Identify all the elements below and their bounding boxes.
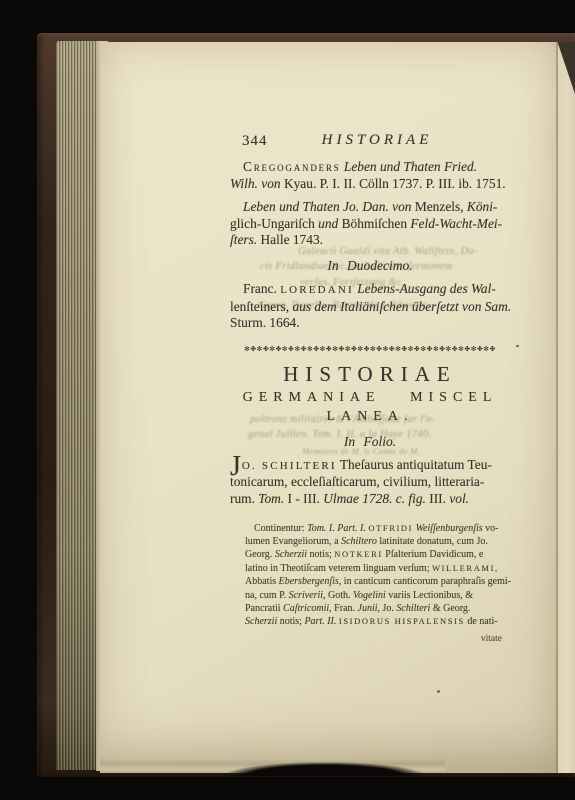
- ornament-divider: ✼✤✼✤✼✤✼✤✼✤✼✤✼✤✼✤✼✤✼✤✼✤✼✤✼✤✼✤✼✤✼✤✼✤✼✤✼✤✼✤: [230, 345, 510, 353]
- text-block: 344 HISTORIAE Cregoganders Leben und Tha…: [230, 132, 510, 644]
- text-line: glich-Ungariſch und Böhmiſchen Feld-Wach…: [230, 216, 510, 233]
- text-segment: de nati-: [465, 616, 498, 627]
- text-segment: Isidorus Hispalensis: [339, 616, 465, 626]
- section-title-line1: HISTORIAE: [230, 362, 510, 387]
- text-segment: III.: [429, 491, 449, 506]
- text-line: Jo. Schilteri Theſaurus antiquitatum Teu…: [230, 457, 510, 475]
- text-segment: Ulmae 1728. c. fig.: [323, 491, 429, 506]
- text-segment: Cregoganders: [243, 159, 341, 174]
- format-heading-duodecimo: In Duodecimo.: [230, 258, 510, 274]
- text-segment: Leben und Thaten Fried.: [341, 159, 478, 174]
- text-segment: Böhmiſchen: [342, 216, 411, 231]
- text-segment: Notkeri: [334, 549, 383, 559]
- text-segment: rum.: [230, 491, 258, 506]
- running-head: HISTORIAE: [230, 132, 510, 149]
- text-line: Sturm. 1664.: [230, 315, 510, 332]
- text-segment: Tom. I. Part. I.: [307, 523, 368, 534]
- photo-background: Galeacii Gualdi vita Alb. Wallſtein, Du-…: [0, 0, 575, 800]
- text-line: Wilh. von Kyau. P. I. II. Cölln 1737. P.…: [230, 176, 510, 193]
- page-number: 344: [242, 133, 268, 150]
- text-segment: Otfridi: [368, 523, 413, 533]
- text-segment: lumen Evangeliorum, a: [245, 536, 341, 547]
- text-segment: Weiſſenburgenſis: [413, 523, 485, 534]
- text-segment: Junii: [358, 603, 378, 614]
- paper-speck: [516, 345, 519, 347]
- text-segment: Schilteri: [396, 603, 430, 614]
- text-segment: Pſalterium Davidicum, e: [383, 549, 484, 560]
- text-segment: Menzels,: [415, 199, 467, 214]
- text-line: na, cum P. Scriverii, Goth. Vogelini var…: [245, 589, 510, 602]
- adjacent-page-sliver: [558, 42, 575, 773]
- text-segment: Vogelini: [353, 590, 386, 601]
- text-segment: Wilh. von: [230, 176, 284, 191]
- text-segment: Pancratii: [245, 603, 283, 614]
- text-segment: , Jo.: [378, 603, 397, 614]
- text-segment: Lebens-Ausgang des Wal-: [354, 281, 496, 296]
- text-line: tonicarum, eccleſiaſticarum, civilium, l…: [230, 474, 510, 491]
- page-header: 344 HISTORIAE: [230, 132, 510, 152]
- text-segment: na, cum P.: [245, 590, 289, 601]
- text-segment: Franc.: [243, 281, 280, 296]
- text-line: rum. Tom. I - III. Ulmae 1728. c. fig. I…: [230, 491, 510, 508]
- text-segment: Willerami,: [432, 563, 499, 573]
- text-segment: vol.: [449, 491, 469, 506]
- text-segment: Ebersbergenſis: [279, 576, 339, 587]
- text-segment: Kyau. P. I. II. Cölln 1737. P. III. ib. …: [284, 176, 506, 191]
- text-segment: Feld-Wacht-Mei-: [410, 216, 502, 231]
- text-segment: Tom.: [258, 491, 287, 506]
- text-line: Pancratii Caſtricomii, Fran. Junii, Jo. …: [245, 602, 510, 615]
- text-line: lenſteiners, aus dem Italiäniſchen überſ…: [230, 299, 510, 316]
- text-segment: o. Schilteri: [242, 460, 337, 472]
- text-segment: notis;: [307, 549, 334, 560]
- page-edges-stack: [56, 41, 97, 770]
- section-title-line3: LANEA.: [230, 409, 510, 425]
- text-segment: notis;: [277, 616, 304, 627]
- paper-speck: [437, 690, 440, 693]
- text-line: ſters. Halle 1743.: [230, 232, 510, 249]
- contents-note: Continentur: Tom. I. Part. I. Otfridi We…: [245, 522, 510, 629]
- text-line: Continentur: Tom. I. Part. I. Otfridi We…: [245, 522, 510, 535]
- text-segment: Continentur:: [254, 523, 307, 534]
- text-segment: , Goth.: [323, 590, 353, 601]
- text-segment: Leben und Thaten Jo. Dan. von: [243, 199, 415, 214]
- text-segment: Schiltero: [341, 536, 377, 547]
- text-segment: Scherzii: [275, 549, 307, 560]
- text-line: latino in Theotiſcam veterem linguam ver…: [245, 562, 510, 575]
- text-segment: Halle 1743.: [261, 232, 323, 247]
- text-line: Abbatis Ebersbergenſis, in canticum cant…: [245, 575, 510, 588]
- entry-menzels: Leben und Thaten Jo. Dan. von Menzels, K…: [230, 199, 510, 249]
- format-heading-folio: In Folio.: [230, 434, 510, 450]
- entry-schilteri: Jo. Schilteri Theſaurus antiquitatum Teu…: [230, 457, 510, 508]
- text-segment: Köni-: [467, 199, 498, 214]
- text-segment: latino in Theotiſcam veterem linguam ver…: [245, 563, 432, 574]
- text-segment: I - III.: [288, 491, 324, 506]
- entry-loredani: Franc. Loredani Lebens-Ausgang des Wal-l…: [230, 281, 510, 332]
- bottom-shadow-notch: [225, 762, 425, 776]
- text-segment: variis Lectionibus, &: [386, 590, 473, 601]
- text-segment: Part. II.: [304, 616, 338, 627]
- text-segment: aus dem Italiäniſchen überſetzt von Sam.: [292, 299, 511, 314]
- entry-cregoganders: Cregoganders Leben und Thaten Fried.Wilh…: [230, 159, 510, 192]
- text-segment: Loredani: [280, 284, 354, 296]
- text-segment: Theſaurus antiquitatum Teu-: [337, 457, 492, 472]
- text-line: Cregoganders Leben und Thaten Fried.: [230, 159, 510, 176]
- text-segment: Scherzii: [245, 616, 277, 627]
- text-segment: , in canticum canticorum paraphraſis gem…: [339, 576, 511, 587]
- section-title-line2: GERMANIAE MISCEL: [230, 390, 510, 406]
- text-segment: Sturm. 1664.: [230, 315, 300, 330]
- text-line: Leben und Thaten Jo. Dan. von Menzels, K…: [230, 199, 510, 216]
- text-segment: Georg.: [245, 549, 275, 560]
- text-line: Franc. Loredani Lebens-Ausgang des Wal-: [230, 281, 510, 299]
- text-segment: & Georg.: [430, 603, 470, 614]
- text-segment: Scriverii: [289, 590, 323, 601]
- text-segment: vo-: [485, 523, 498, 534]
- text-segment: lenſteiners,: [230, 299, 292, 314]
- text-line: Scherzii notis; Part. II. Isidorus Hispa…: [245, 615, 510, 628]
- text-segment: ſters.: [230, 232, 261, 247]
- text-segment: Caſtricomii: [283, 603, 329, 614]
- catchword: vitate: [230, 634, 502, 644]
- text-segment: glich-Ungariſch: [230, 216, 318, 231]
- text-segment: Abbatis: [245, 576, 279, 587]
- text-line: Georg. Scherzii notis; Notkeri Pſalteriu…: [245, 548, 510, 561]
- text-segment: tonicarum, eccleſiaſticarum, civilium, l…: [230, 474, 484, 489]
- text-segment: latinitate donatum, cum Jo.: [377, 536, 488, 547]
- text-line: lumen Evangeliorum, a Schiltero latinita…: [245, 535, 510, 548]
- text-segment: , Fran.: [329, 603, 357, 614]
- text-segment: und: [318, 216, 341, 231]
